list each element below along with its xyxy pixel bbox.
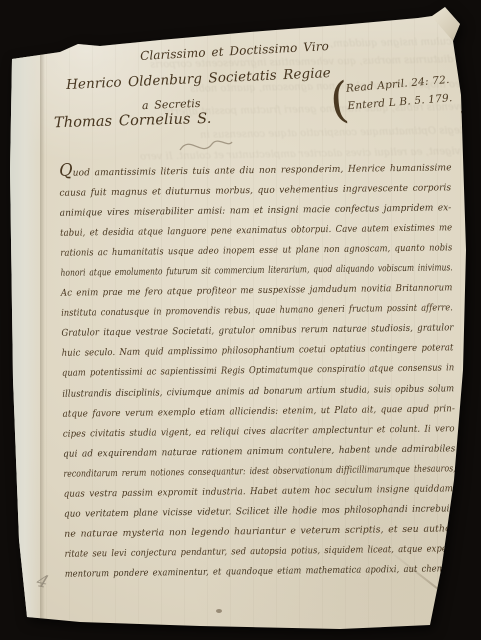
left-fold-crease xyxy=(40,45,45,624)
left-leaf-edge xyxy=(10,42,43,626)
letter-body: Quod amantissimis literis tuis ante diu … xyxy=(59,158,461,584)
ink-speck xyxy=(216,609,222,613)
endorsement-close-paren: ) xyxy=(453,60,477,119)
signature-flourish xyxy=(178,138,234,156)
manuscript-photo: causa fuit magnus et diuturnus morbus, q… xyxy=(0,0,481,640)
endorsement-read-date: Read April. 24: 72. xyxy=(345,74,450,95)
paper-sheet: causa fuit magnus et diuturnus morbus, q… xyxy=(0,0,481,640)
endorsement-letterbook-ref: Enterd L B. 5. 179. xyxy=(347,92,453,112)
paper-sheet-wrapper: causa fuit magnus et diuturnus morbus, q… xyxy=(0,0,481,640)
heading-addressee-title: a Secretis xyxy=(142,97,201,112)
